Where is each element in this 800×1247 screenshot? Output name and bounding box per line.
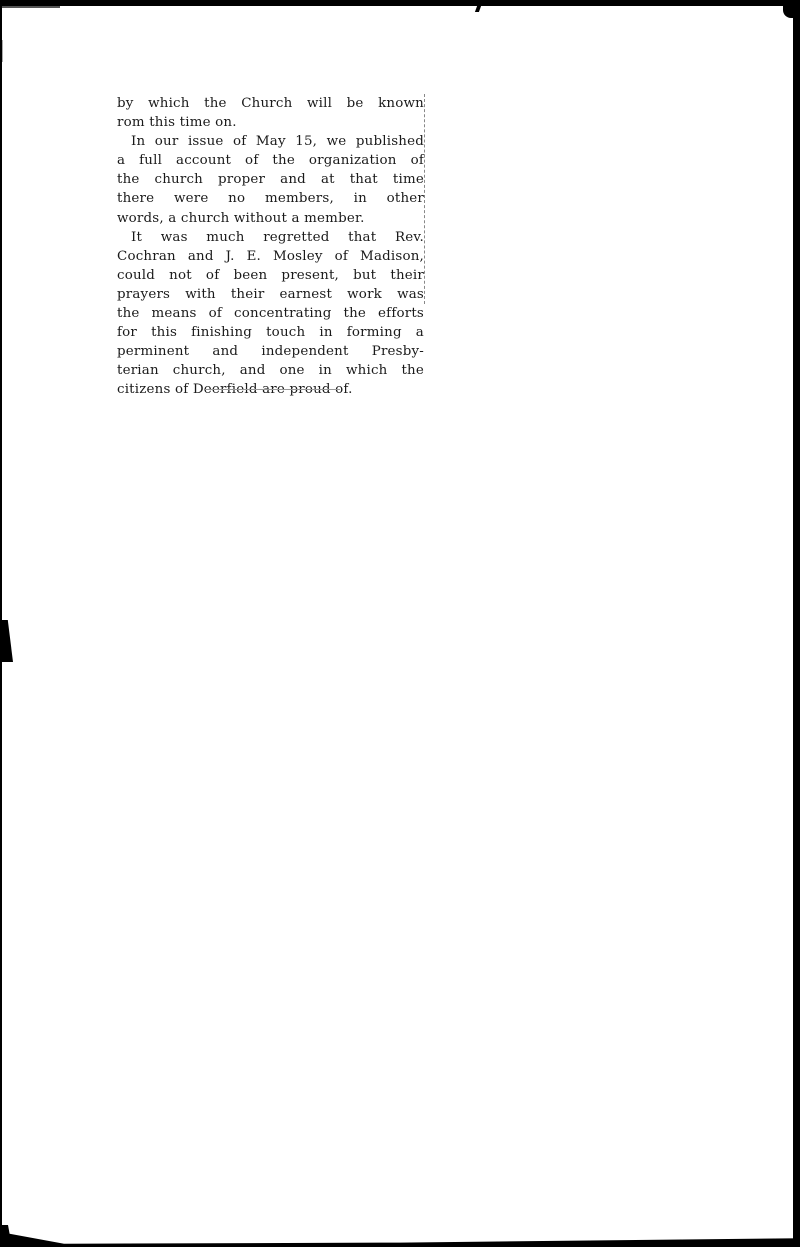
text-line: the church proper and at that time (117, 170, 424, 189)
scan-left-tab-artifact (0, 620, 13, 662)
text-line: could not of been present, but their (117, 266, 424, 285)
scan-top-border (0, 0, 800, 6)
text-line: rom this time on. (117, 113, 424, 132)
text-line: In our issue of May 15, we published (117, 132, 424, 151)
text-line: words, a church without a member. (117, 209, 424, 228)
text-line: Cochran and J. E. Mosley of Madison, (117, 247, 424, 266)
scan-bottom-border (0, 1225, 800, 1247)
text-line: prayers with their earnest work was (117, 285, 424, 304)
scan-margin-mark (2, 40, 3, 62)
text-line: It was much regretted that Rev. (117, 228, 424, 247)
text-line: for this finishing touch in forming a (117, 323, 424, 342)
paragraph-1: by which the Church will be known rom th… (117, 94, 424, 132)
scan-top-border-fade (0, 6, 60, 8)
scan-right-border (793, 0, 800, 1247)
text-line: perminent and independent Presby- (117, 342, 424, 361)
scan-right-corner (783, 0, 793, 18)
text-line: by which the Church will be known (117, 94, 424, 113)
text-line: there were no members, in other (117, 189, 424, 208)
text-line: a full account of the organization of (117, 151, 424, 170)
text-line: terian church, and one in which the (117, 361, 424, 380)
ink-speck (475, 6, 481, 12)
paragraph-2: In our issue of May 15, we published a f… (117, 132, 424, 227)
article-column: by which the Church will be known rom th… (117, 94, 424, 400)
text-line: the means of concentrating the efforts (117, 304, 424, 323)
column-rule (424, 94, 426, 304)
article-end-rule (205, 389, 340, 390)
paragraph-3: It was much regretted that Rev. Cochran … (117, 228, 424, 400)
